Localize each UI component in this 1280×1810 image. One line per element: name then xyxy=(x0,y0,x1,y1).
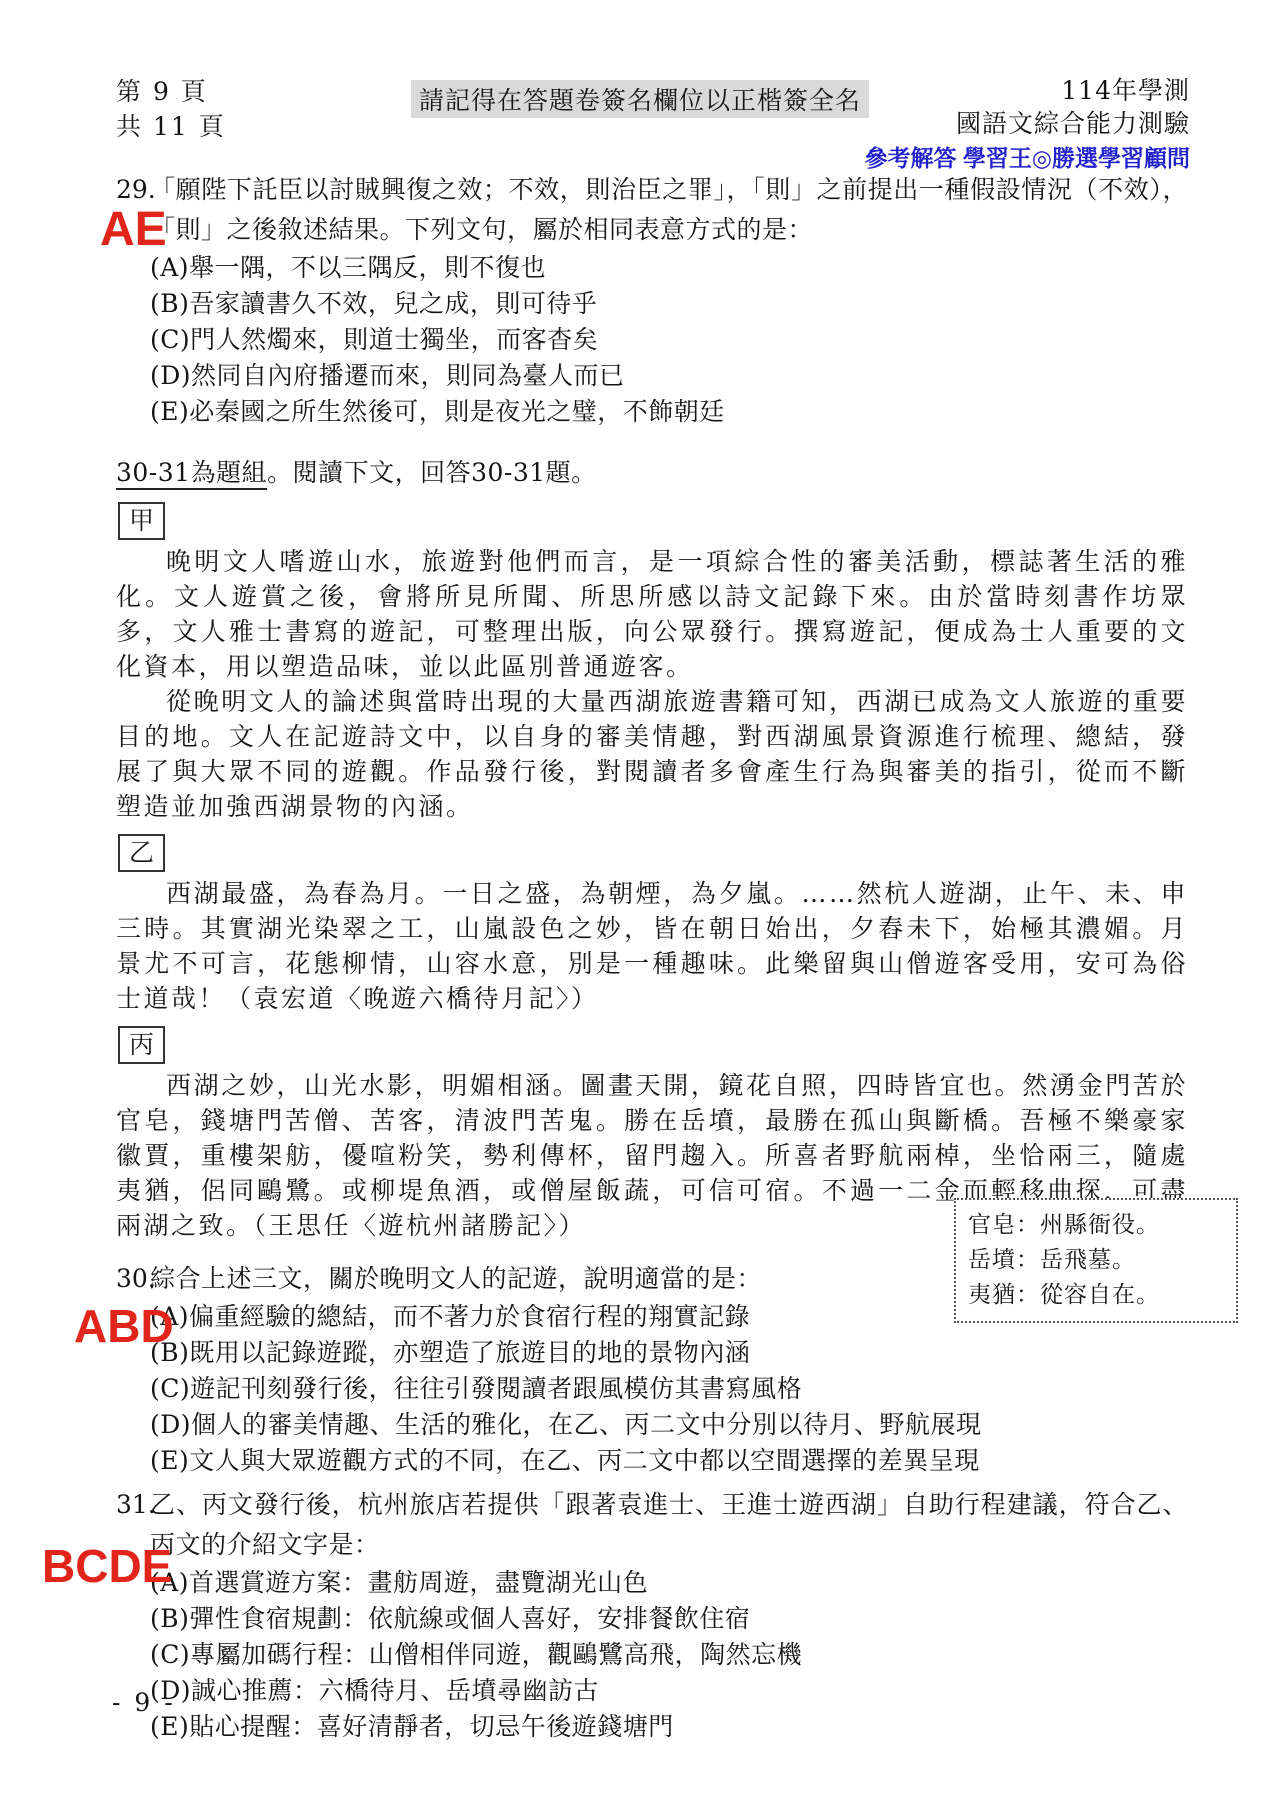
question-29: AE 29. 「願陛下託臣以討賊興復之效；不效，則治臣之罪」，「則」之前提出一種… xyxy=(116,170,1188,430)
question-30-option-d: (D)個人的審美情趣、生活的雅化，在乙、丙二文中分別以待月、野航展現 xyxy=(150,1407,1188,1443)
question-30-option-e: (E)文人與大眾遊觀方式的不同，在乙、丙二文中都以空間選擇的差異呈現 xyxy=(150,1443,1188,1479)
page-counter: 第 9 頁 共 11 頁 xyxy=(116,74,226,144)
passage-yi-paragraph-1: 西湖最盛，為春為月。一日之盛，為朝煙，為夕嵐。……然杭人遊湖，止午、未、申三時。… xyxy=(116,876,1188,1016)
passage-jia-section: 甲 晚明文人嗜遊山水，旅遊對他們而言，是一項綜合性的審美活動，標誌著生活的雅化。… xyxy=(116,492,1188,824)
exam-content: AE 29. 「願陛下託臣以討賊興復之效；不效，則治臣之罪」，「則」之前提出一種… xyxy=(116,170,1188,1745)
answer-key-q30: ABD xyxy=(74,1303,174,1349)
question-30-number: 30. xyxy=(116,1259,156,1299)
question-29-option-c: (C)門人然燭來，則道士獨坐，而客杳矣 xyxy=(150,322,1188,358)
answer-key-q31: BCDE xyxy=(42,1543,172,1589)
passage-bing-label: 丙 xyxy=(118,1026,165,1064)
signature-notice-banner: 請記得在答題卷簽名欄位以正楷簽全名 xyxy=(411,80,869,118)
group-range-label: 30-31為題組 xyxy=(116,458,267,490)
passage-jia-paragraph-2: 從晚明文人的論述與當時出現的大量西湖旅遊書籍可知，西湖已成為文人旅遊的重要目的地… xyxy=(116,684,1188,824)
exam-header: 114年學測 國語文綜合能力測驗 參考解答 學習王◎勝選學習顧問 xyxy=(865,74,1190,175)
glossary-box: 官皂：州縣衙役。 岳墳：岳飛墓。 夷猶：從容自在。 xyxy=(954,1198,1238,1323)
passage-yi-label: 乙 xyxy=(118,834,165,872)
question-29-option-b: (B)吾家讀書久不效，兒之成，則可待乎 xyxy=(150,286,1188,322)
question-29-option-d: (D)然同自內府播遷而來，則同為臺人而已 xyxy=(150,358,1188,394)
question-31-number: 31. xyxy=(116,1485,156,1525)
exam-year: 114年學測 xyxy=(865,74,1190,107)
passage-jia-paragraph-1: 晚明文人嗜遊山水，旅遊對他們而言，是一項綜合性的審美活動，標誌著生活的雅化。文人… xyxy=(116,544,1188,684)
glossary-line: 夷猶：從容自在。 xyxy=(968,1278,1224,1313)
question-31: BCDE 31. 乙、丙文發行後，杭州旅店若提供「跟著袁進士、王進士遊西湖」自助… xyxy=(116,1485,1188,1745)
question-31-option-d: (D)誠心推薦：六橋待月、岳墳尋幽訪古 xyxy=(150,1673,1188,1709)
glossary-line: 官皂：州縣衙役。 xyxy=(968,1208,1224,1243)
answer-key-q29: AE xyxy=(100,206,167,254)
passage-yi-text: 西湖最盛，為春為月。一日之盛，為朝煙，為夕嵐。……然杭人遊湖，止午、未、申三時。… xyxy=(116,876,1188,1016)
question-30-option-c: (C)遊記刊刻發行後，往往引發閱讀者跟風模仿其書寫風格 xyxy=(150,1371,1188,1407)
page-total: 共 11 頁 xyxy=(116,109,226,144)
question-31-option-c: (C)專屬加碼行程：山僧相伴同遊，觀鷗鷺高飛，陶然忘機 xyxy=(150,1637,1188,1673)
exam-page: 第 9 頁 共 11 頁 請記得在答題卷簽名欄位以正楷簽全名 114年學測 國語… xyxy=(0,0,1280,1810)
group-instruction: 。閱讀下文，回答30-31題。 xyxy=(267,458,597,487)
glossary-line: 岳墳：岳飛墓。 xyxy=(968,1243,1224,1278)
question-31-option-e: (E)貼心提醒：喜好清靜者，切忌午後遊錢塘門 xyxy=(150,1709,1188,1745)
question-29-stem: 「願陛下託臣以討賊興復之效；不效，則治臣之罪」，「則」之前提出一種假設情況（不效… xyxy=(150,170,1188,250)
question-29-option-a: (A)舉一隅，不以三隅反，則不復也 xyxy=(150,250,1188,286)
question-31-option-a: (A)首選賞遊方案：畫舫周遊，盡覽湖光山色 xyxy=(150,1565,1188,1601)
question-31-option-b: (B)彈性食宿規劃：依航線或個人喜好，安排餐飲住宿 xyxy=(150,1601,1188,1637)
passage-jia-label: 甲 xyxy=(118,502,165,540)
passage-yi-section: 乙 西湖最盛，為春為月。一日之盛，為朝煙，為夕嵐。……然杭人遊湖，止午、未、申三… xyxy=(116,824,1188,1016)
passage-jia-text: 晚明文人嗜遊山水，旅遊對他們而言，是一項綜合性的審美活動，標誌著生活的雅化。文人… xyxy=(116,544,1188,824)
question-29-option-e: (E)必秦國之所生然後可，則是夜光之璧，不飾朝廷 xyxy=(150,394,1188,430)
question-31-stem: 乙、丙文發行後，杭州旅店若提供「跟著袁進士、王進士遊西湖」自助行程建議，符合乙、… xyxy=(150,1485,1188,1565)
question-group-intro: 30-31為題組。閱讀下文，回答30-31題。 xyxy=(116,454,1188,492)
exam-subject: 國語文綜合能力測驗 xyxy=(865,107,1190,140)
footer-page-number: - 9 - xyxy=(112,1688,176,1717)
question-30-option-b: (B)既用以記錄遊蹤，亦塑造了旅遊目的地的景物內涵 xyxy=(150,1335,1188,1371)
page-current: 第 9 頁 xyxy=(116,74,226,109)
